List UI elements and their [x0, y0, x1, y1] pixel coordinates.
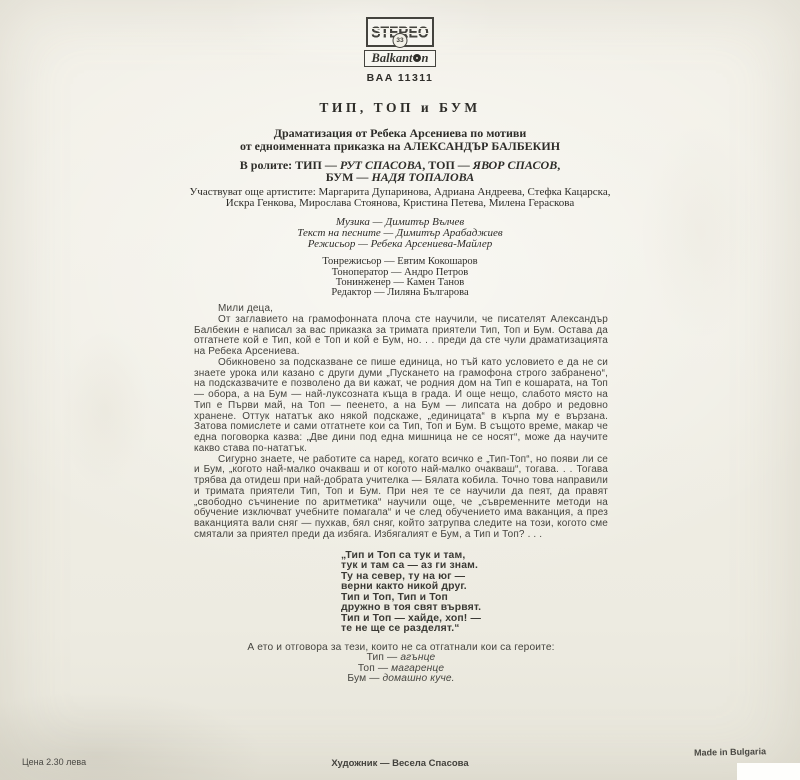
stereo-stripe: [370, 28, 430, 29]
actor-name: ЯВОР СПАСОВ: [473, 158, 557, 172]
technical-credits: Тонрежисьор — Евтим Кокошаров Тоноперато…: [0, 257, 800, 299]
record-sleeve-back: STEREO 33 Balkantn BAA 11311 ТИП, ТОП и …: [0, 0, 800, 780]
liner-notes-paragraph: Обикновено за подсказване се пише единиц…: [194, 358, 608, 455]
scan-artifact: [737, 763, 800, 780]
verse-line: дружно в тоя свят вървят.: [341, 603, 608, 614]
animal-name: домашно куче.: [383, 673, 455, 684]
song-verse: „Тип и Топ са тук и там, тук и там са — …: [341, 551, 608, 635]
director-credit: Режисьор — Ребека Арсениева-Майлер: [0, 239, 800, 250]
cover-artist-credit: Художник — Весела Спасова: [0, 758, 800, 769]
brand-text-right: n: [422, 51, 429, 65]
dramatization-line1: Драматизация от Ребека Арсениева по моти…: [0, 127, 800, 140]
label-logo-block: STEREO 33 Balkantn BAA 11311: [364, 17, 436, 84]
verse-line: верни както никой друг.: [341, 582, 608, 593]
liner-notes-paragraph: От заглавието на грамофонната плоча сте …: [194, 315, 608, 358]
music-credits: Музика — Димитър Вълчев Текст на песните…: [0, 217, 800, 251]
balkanton-logo: Balkantn: [364, 50, 436, 67]
brand-text-left: Balkant: [372, 51, 413, 65]
answer-item: Бум — домашно куче.: [194, 674, 608, 685]
rpm-badge: 33: [393, 33, 408, 48]
character-answers: А ето и отговора за тези, които не са от…: [194, 643, 608, 686]
dramatization-credit: Драматизация от Ребека Арсениева по моти…: [0, 127, 800, 152]
editor-credit: Редактор — Лиляна Българова: [0, 288, 800, 298]
stereo-logo: STEREO 33: [366, 17, 434, 47]
made-in-label: Made in Bulgaria: [694, 746, 766, 758]
cast-line2: БУМ — НАДЯ ТОПАЛОВА: [0, 171, 800, 183]
animal-name: агънце: [400, 652, 435, 663]
actor-name: НАДЯ ТОПАЛОВА: [371, 170, 474, 184]
liner-notes: Мили деца, От заглавието на грамофонната…: [194, 304, 608, 685]
credits-block: ТИП, ТОП и БУМ Драматизация от Ребека Ар…: [0, 100, 800, 299]
verse-line: тук и там са — аз ги знам.: [341, 561, 608, 572]
dramatization-line2: от едноименната приказка на АЛЕКСАНДЪР Б…: [0, 140, 800, 153]
liner-notes-paragraph: Сигурно знаете, че работите са наред, ко…: [194, 455, 608, 541]
verse-line: те не ще се разделят.“: [341, 624, 608, 635]
catalog-number: BAA 11311: [364, 72, 436, 84]
supporting-cast: Участвуват още артистите: Маргарита Дупа…: [185, 187, 615, 209]
record-disc-icon: [413, 54, 421, 62]
paper-stain: [60, 330, 150, 490]
album-title: ТИП, ТОП и БУМ: [0, 100, 800, 116]
animal-name: магаренце: [391, 663, 444, 674]
cast-list: В ролите: ТИП — РУТ СПАСОВА, ТОП — ЯВОР …: [0, 159, 800, 208]
